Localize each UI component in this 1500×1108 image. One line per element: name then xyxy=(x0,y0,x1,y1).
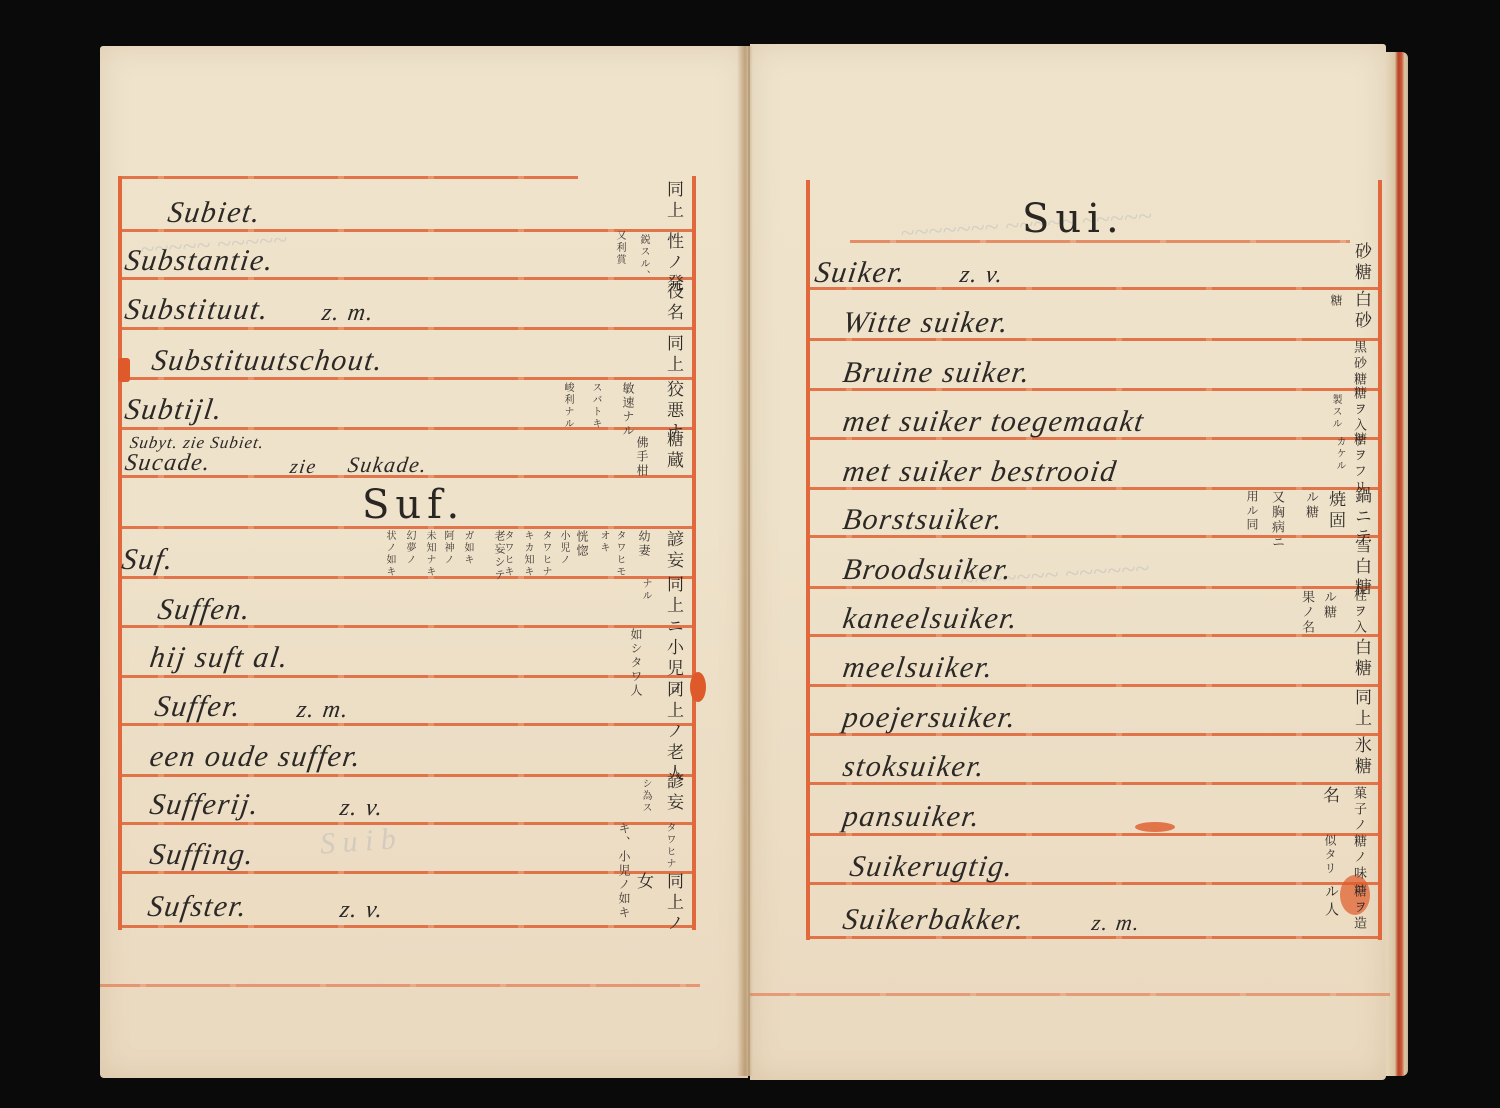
japanese-gloss: 同上 xyxy=(664,334,681,376)
dictionary-entry: Broodsuiker. xyxy=(841,553,1015,587)
dictionary-entry: Sucade. xyxy=(123,450,213,477)
ink-blot xyxy=(1135,822,1175,832)
dictionary-entry: met suiker toegemaakt xyxy=(841,405,1147,439)
book-gutter xyxy=(737,46,753,1076)
japanese-gloss-note: ナル xyxy=(640,578,650,602)
ruled-line xyxy=(118,427,692,430)
japanese-gloss-note: オキ xyxy=(598,530,608,554)
japanese-gloss-note: 未知ナキ xyxy=(424,530,434,578)
japanese-gloss-note: キカ知キ xyxy=(522,530,532,578)
grammar-label: z. v. xyxy=(958,262,1006,289)
japanese-gloss: 同上 xyxy=(664,180,681,222)
crossref-target: Sukade. xyxy=(346,452,429,478)
ruled-line xyxy=(118,822,692,825)
japanese-gloss: 役名 xyxy=(664,282,681,324)
japanese-gloss: 桂ヲ入 xyxy=(1352,588,1365,636)
dictionary-entry: Suikerugtig. xyxy=(848,850,1017,884)
japanese-gloss-note: 恍惚 xyxy=(576,530,588,558)
grammar-label: z. v. xyxy=(338,897,386,924)
gutter-fold-line xyxy=(748,46,750,1076)
japanese-gloss-note: 幻夢ノ xyxy=(404,530,414,566)
dictionary-entry: Suf. xyxy=(120,543,177,577)
dictionary-entry: Suffing. xyxy=(148,838,257,872)
japanese-gloss-note: 果ノ名 xyxy=(1300,590,1313,635)
grammar-label: z. m. xyxy=(295,697,351,724)
japanese-gloss-note: タワヒナ xyxy=(664,822,674,870)
dictionary-entry: Bruine suiker. xyxy=(841,356,1033,390)
dictionary-entry: Sufferij. xyxy=(148,788,262,822)
japanese-gloss-note: 状ノ如キ xyxy=(384,530,394,578)
ruled-line xyxy=(100,984,700,987)
dictionary-entry: hij suft al. xyxy=(148,641,292,675)
japanese-gloss-note: 小児ノ xyxy=(558,530,568,566)
section-heading-sui: Sui. xyxy=(1022,196,1125,242)
dictionary-entry: Subtijl. xyxy=(123,393,226,427)
dictionary-entry: Suffen. xyxy=(156,593,254,627)
japanese-gloss-note: ガ如キ xyxy=(462,530,472,566)
japanese-gloss: 同上ノ老人 xyxy=(664,680,681,785)
japanese-gloss-note: 敏速ナル xyxy=(622,382,634,438)
japanese-gloss-note: 用ル同 xyxy=(1246,490,1258,532)
ruled-line xyxy=(118,675,692,678)
japanese-gloss: 砂糖 xyxy=(1352,242,1369,284)
japanese-gloss-note: ル糖 xyxy=(1304,490,1317,520)
grammar-label: z. m. xyxy=(1090,910,1142,936)
japanese-gloss: 氷糖 xyxy=(1352,736,1369,778)
ruled-line xyxy=(118,576,692,579)
dictionary-entry: Substituut. xyxy=(123,293,272,327)
japanese-gloss-note: 幼妻 xyxy=(638,530,650,558)
ink-blot xyxy=(118,358,130,382)
open-manuscript-book: ~~~~~ ~~~~~ ~~~~~~~ ~~~~~ ~~~~~ ~~~~~~~ … xyxy=(0,0,1500,1108)
dictionary-entry: Substituutschout. xyxy=(150,344,386,378)
japanese-gloss-note: 如シタワ人 xyxy=(630,628,642,698)
japanese-gloss: 菓子ノ xyxy=(1352,786,1365,834)
japanese-gloss-note: 阿神ノ xyxy=(442,530,452,566)
ruled-line xyxy=(118,327,692,330)
japanese-gloss-note: 焼固 xyxy=(1326,490,1343,532)
ruled-line xyxy=(118,176,578,179)
dictionary-entry: Subiet. xyxy=(166,196,264,230)
ruled-line xyxy=(750,993,1390,996)
japanese-gloss-note: 佛手柑 xyxy=(636,436,648,478)
dictionary-entry: poejersuiker. xyxy=(841,701,1019,735)
japanese-gloss-note: ル人 xyxy=(1324,884,1338,920)
japanese-gloss-note: 又胸病ニ xyxy=(1270,490,1283,550)
japanese-gloss-note: カケル xyxy=(1334,436,1344,472)
ruled-line xyxy=(118,774,692,777)
japanese-gloss: 白糖 xyxy=(1352,638,1369,680)
dictionary-entry: Suiker. xyxy=(813,256,909,290)
japanese-gloss: 諺妄 xyxy=(664,530,681,572)
japanese-gloss: 諺妄 xyxy=(664,772,681,814)
japanese-gloss: 糖蔵 xyxy=(664,430,681,472)
dictionary-entry: pansuiker. xyxy=(841,800,983,834)
japanese-gloss-note: タワヒモ xyxy=(614,530,624,578)
japanese-gloss: 黒砂糖 xyxy=(1352,340,1365,388)
dictionary-entry: Substantie. xyxy=(123,244,277,278)
japanese-gloss-note: キ、小児ノ如キ xyxy=(618,822,630,920)
grammar-label: z. v. xyxy=(338,795,386,822)
japanese-gloss-note: 製スル xyxy=(1330,394,1340,430)
dictionary-entry: Borstsuiker. xyxy=(841,503,1006,537)
japanese-gloss-note: 峻利ナル xyxy=(562,382,572,430)
japanese-gloss: 同上 xyxy=(1352,688,1369,730)
dictionary-entry: stoksuiker. xyxy=(841,750,988,784)
dictionary-entry: Suikerbakker. xyxy=(841,903,1028,937)
ink-blot xyxy=(690,672,706,702)
japanese-gloss: 白砂 xyxy=(1352,290,1369,332)
japanese-gloss-note: シ為ス xyxy=(640,778,650,814)
japanese-gloss-note: ル糖 xyxy=(1322,590,1335,620)
japanese-gloss-note: 似タリ xyxy=(1324,834,1336,876)
japanese-gloss-note: 老妄シテ xyxy=(494,530,505,582)
dictionary-entry: Sufster. xyxy=(146,890,250,924)
japanese-gloss-note: 名 xyxy=(1320,786,1337,807)
japanese-gloss-note: スバトキ xyxy=(590,382,600,430)
grammar-label: z. m. xyxy=(320,300,376,327)
dictionary-entry: Witte suiker. xyxy=(841,306,1012,340)
japanese-gloss-note: 又利賞 xyxy=(614,230,624,266)
ruled-line xyxy=(118,925,692,928)
dictionary-entry: een oude suffer. xyxy=(148,740,364,774)
crossref-see: zie xyxy=(288,456,318,479)
dictionary-entry: Suffer. xyxy=(153,690,244,724)
japanese-gloss-note: 女 xyxy=(634,872,651,893)
dictionary-entry: met suiker bestrooid xyxy=(841,455,1120,489)
japanese-gloss: 同上ノ xyxy=(664,872,681,935)
section-heading-suf: Suf. xyxy=(362,482,465,528)
japanese-gloss: 糖ヲ造 xyxy=(1352,884,1365,932)
dictionary-entry: meelsuiker. xyxy=(841,651,996,685)
japanese-gloss-note: タワヒナ xyxy=(540,530,550,578)
japanese-gloss-note: 鋭スル、 xyxy=(638,234,648,282)
dictionary-entry: kaneelsuiker. xyxy=(841,602,1021,636)
page-fore-edge xyxy=(1386,52,1408,1076)
japanese-gloss-note: 糖 xyxy=(1330,294,1342,308)
